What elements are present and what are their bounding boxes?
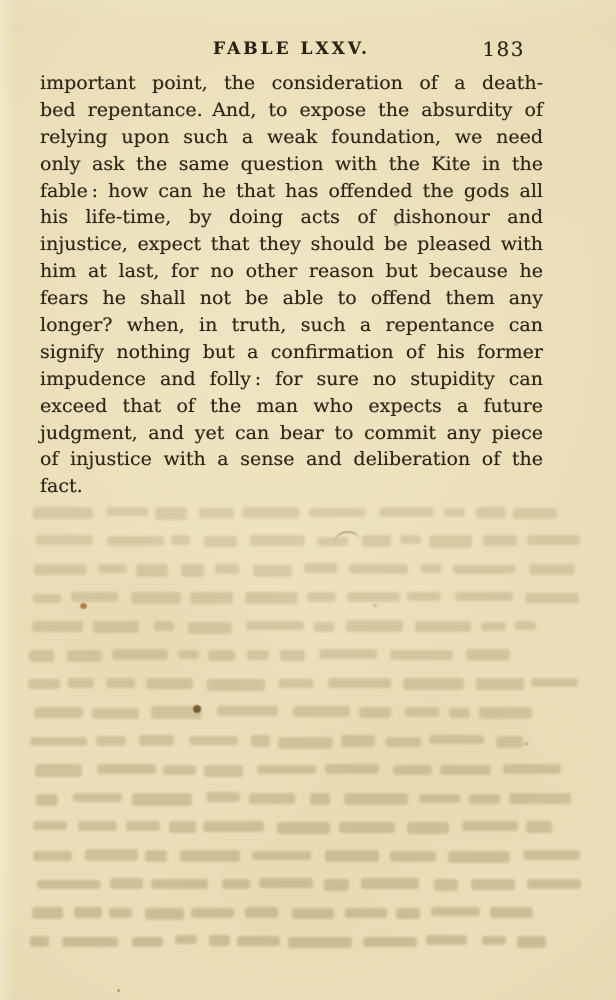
bleedthrough-word <box>529 564 575 575</box>
bleedthrough-word <box>36 794 58 806</box>
bleedthrough-word <box>151 879 208 890</box>
bleedthrough-line <box>32 906 547 919</box>
bleedthrough-line <box>33 821 566 834</box>
foxing-spot <box>80 603 87 609</box>
bleedthrough-word <box>513 508 557 519</box>
bleedthrough-word <box>314 622 334 633</box>
bleedthrough-word <box>328 678 391 688</box>
bleedthrough-word <box>304 563 338 572</box>
body-text-line: longer? when, in truth, such a repentanc… <box>40 312 543 339</box>
bleedthrough-word <box>325 850 379 862</box>
body-text-line: of injustice with a sense and deliberati… <box>40 446 543 473</box>
bleedthrough-word <box>35 764 82 776</box>
bleedthrough-word <box>252 851 312 860</box>
bleedthrough-word <box>37 880 101 889</box>
bleedthrough-word <box>346 620 403 631</box>
bleedthrough-word <box>92 708 139 719</box>
bleedthrough-word <box>482 936 506 945</box>
bleedthrough-word <box>36 535 93 546</box>
body-text-line: fable : how can he that has offended the… <box>40 178 543 205</box>
bleedthrough-word <box>515 621 537 631</box>
bleedthrough-word <box>136 564 167 577</box>
bleedthrough-word <box>171 535 190 545</box>
bleedthrough-word <box>106 507 148 517</box>
bleedthrough-line <box>33 506 569 519</box>
bleedthrough-word <box>93 621 139 633</box>
bleedthrough-word <box>62 937 118 947</box>
bleedthrough-word <box>440 765 491 775</box>
ink-smudge <box>334 530 361 543</box>
bleedthrough-word <box>242 507 299 519</box>
bleedthrough-word <box>278 737 334 749</box>
bleedthrough-word <box>68 678 94 688</box>
bleedthrough-word <box>131 592 182 604</box>
bleedthrough-word <box>107 536 164 546</box>
bleedthrough-word <box>525 593 579 603</box>
bleedthrough-line <box>30 735 532 748</box>
bleedthrough-word <box>339 822 395 834</box>
bleedthrough-word <box>180 850 241 862</box>
bleedthrough-word <box>363 937 418 948</box>
bleedthrough-word <box>190 592 233 604</box>
bleedthrough-word <box>222 879 250 890</box>
bleedthrough-word <box>503 764 561 773</box>
bleedthrough-word <box>490 907 533 918</box>
bleedthrough-word <box>98 564 127 573</box>
bleedthrough-word <box>237 936 281 946</box>
bleedthrough-word <box>292 908 334 919</box>
bleedthrough-word <box>33 851 72 861</box>
bleedthrough-word <box>347 592 400 602</box>
body-text-line: exceed that of the man who expects a fut… <box>40 393 543 420</box>
bleedthrough-word <box>28 679 60 689</box>
bleedthrough-word <box>531 678 578 687</box>
bleedthrough-word <box>517 936 546 948</box>
bleedthrough-word <box>476 678 523 690</box>
bleedthrough-word <box>199 508 234 518</box>
bleedthrough-word <box>257 765 316 774</box>
bleedthrough-word <box>30 737 87 747</box>
bleedthrough-word <box>527 535 580 546</box>
bleedthrough-line <box>33 592 589 605</box>
bleedthrough-word <box>189 736 238 746</box>
bleedthrough-word <box>112 649 168 660</box>
bleedthrough-word <box>310 793 330 805</box>
body-text-line: relying upon such a weak foundation, we … <box>40 124 543 151</box>
bleedthrough-line <box>33 849 592 862</box>
bleedthrough-line <box>34 563 587 576</box>
bleedthrough-word <box>278 679 314 688</box>
bleedthrough-word <box>277 822 330 834</box>
bleedthrough-word <box>145 850 167 862</box>
bleedthrough-word <box>30 936 49 947</box>
bleedthrough-word <box>344 793 408 805</box>
bleedthrough-word <box>245 592 298 604</box>
bleedthrough-word <box>67 650 103 661</box>
foxing-spot <box>117 989 120 992</box>
bleedthrough-word <box>29 650 54 662</box>
running-header: FABLE LXXV. 183 <box>40 37 543 64</box>
bleedthrough-word <box>419 794 460 804</box>
bleedthrough-word <box>217 706 278 716</box>
bleedthrough-word <box>483 535 517 546</box>
bleedthrough-word <box>496 736 523 748</box>
bleedthrough-word <box>362 535 391 547</box>
bleedthrough-word <box>191 908 235 918</box>
bleedthrough-word <box>396 908 421 919</box>
body-text-line: impudence and folly : for sure no stupid… <box>40 366 543 393</box>
bleedthrough-word <box>429 535 472 548</box>
bleedthrough-word <box>462 821 518 831</box>
bleedthrough-word <box>203 821 264 832</box>
bleedthrough-word <box>139 735 174 746</box>
bleedthrough-word <box>361 878 420 889</box>
bleedthrough-line <box>37 878 593 891</box>
bleedthrough-word <box>527 879 582 889</box>
bleedthrough-word <box>324 879 349 891</box>
bleedthrough-word <box>245 907 278 918</box>
bleedthrough-word <box>96 736 126 746</box>
bleedthrough-word <box>407 592 441 601</box>
bleedthrough-word <box>431 907 480 916</box>
bleedthrough-word <box>390 851 436 863</box>
bleedthrough-word <box>132 793 192 805</box>
bleedthrough-word <box>209 935 230 946</box>
bleedthrough-word <box>449 708 470 718</box>
bleedthrough-word <box>204 536 237 547</box>
bleedthrough-word <box>250 535 305 546</box>
bleedthrough-word <box>509 793 571 804</box>
foxing-spot <box>524 742 529 746</box>
body-text-line: judgment, and yet can bear to commit any… <box>40 420 543 447</box>
bleedthrough-word <box>448 851 510 863</box>
bleedthrough-word <box>169 821 196 833</box>
foxing-spot <box>193 705 201 713</box>
bleedthrough-word <box>444 508 465 518</box>
bleedthrough-word <box>319 649 377 658</box>
bleedthrough-word <box>523 850 580 860</box>
running-header-title: FABLE LXXV. <box>40 39 543 59</box>
body-text: important point, the consideration of a … <box>40 70 543 500</box>
bleedthrough-word <box>33 507 93 518</box>
bleedthrough-word <box>74 907 102 918</box>
bleedthrough-line <box>30 935 556 948</box>
bleedthrough-word <box>253 565 292 577</box>
bleedthrough-word <box>206 792 240 802</box>
bleedthrough-word <box>293 706 350 716</box>
bleedthrough-line <box>36 535 594 548</box>
bleedthrough-line <box>36 792 583 805</box>
bleedthrough-word <box>307 592 336 602</box>
bleedthrough-line <box>35 763 571 776</box>
bleedthrough-word <box>349 564 409 574</box>
bleedthrough-word <box>154 621 175 630</box>
bleedthrough-word <box>481 622 507 631</box>
bleedthrough-word <box>246 621 304 630</box>
bleedthrough-word <box>421 564 442 573</box>
bleedthrough-word <box>455 592 513 601</box>
body-text-line: injustice, expect that they should be pl… <box>40 231 543 258</box>
bleedthrough-word <box>73 793 122 802</box>
bleedthrough-word <box>325 764 379 774</box>
body-text-line: his life-time, by doing acts of dishonou… <box>40 204 543 231</box>
bleedthrough-word <box>359 707 391 718</box>
bleedthrough-word <box>434 879 459 890</box>
body-text-line: fears he shall not be able to offend the… <box>40 285 543 312</box>
bleedthrough-word <box>78 821 117 832</box>
bleedthrough-word <box>390 650 453 661</box>
bleedthrough-word <box>415 621 471 632</box>
bleedthrough-word <box>178 650 198 659</box>
bleedthrough-line <box>32 620 549 633</box>
bleedthrough-word <box>466 649 511 661</box>
bleedthrough-word <box>97 764 156 774</box>
foxing-spot <box>394 222 398 226</box>
book-page: FABLE LXXV. 183 important point, the con… <box>0 0 616 1000</box>
bleedthrough-word <box>33 821 67 831</box>
bleedthrough-word <box>215 564 239 573</box>
bleedthrough-word <box>145 908 184 920</box>
bleedthrough-word <box>71 592 118 602</box>
bleedthrough-word <box>288 937 352 949</box>
bleedthrough-word <box>33 594 61 603</box>
bleedthrough-word <box>181 564 204 576</box>
bleedthrough-word <box>426 935 467 944</box>
bleedthrough-word <box>249 793 295 805</box>
bleedthrough-word <box>188 622 232 634</box>
bleedthrough-word <box>476 507 507 518</box>
page-number: 183 <box>482 37 525 61</box>
bleedthrough-line <box>34 706 541 719</box>
bleedthrough-word <box>34 564 87 575</box>
body-text-line: signify nothing but a confirmation of hi… <box>40 339 543 366</box>
bleedthrough-word <box>405 707 439 717</box>
bleedthrough-word <box>403 678 464 690</box>
bleedthrough-word <box>126 821 160 831</box>
body-text-line: him at last, for no other reason but bec… <box>40 258 543 285</box>
bleedthrough-word <box>110 878 143 889</box>
bleedthrough-word <box>309 508 366 517</box>
bleedthrough-word <box>106 678 135 689</box>
bleedthrough-word <box>132 937 163 947</box>
bleedthrough-word <box>207 679 265 691</box>
bleedthrough-word <box>379 507 434 516</box>
bleedthrough-word <box>407 822 449 834</box>
bleedthrough-word <box>280 650 306 661</box>
bleedthrough-word <box>469 794 500 805</box>
bleedthrough-word <box>453 565 515 574</box>
body-text-line: important point, the consideration of a … <box>40 70 543 97</box>
bleedthrough-word <box>526 821 551 833</box>
bleedthrough-word <box>479 707 532 719</box>
foxing-spot <box>373 604 377 607</box>
bleedthrough-word <box>32 907 63 919</box>
bleedthrough-word <box>471 879 515 890</box>
body-text-line: bed repentance. And, to expose the absur… <box>40 97 543 124</box>
bleedthrough-word <box>32 621 83 632</box>
bleedthrough-word <box>175 935 197 944</box>
bleedthrough-word <box>251 735 270 747</box>
body-text-line: only ask the same question with the Kite… <box>40 151 543 178</box>
bleedthrough-word <box>34 707 83 718</box>
bleedthrough-word <box>386 737 421 748</box>
body-text-line: fact. <box>40 473 543 500</box>
bleedthrough-word <box>146 678 194 690</box>
bleedthrough-word <box>85 849 138 861</box>
bleedthrough-word <box>429 735 484 744</box>
bleedthrough-line <box>28 678 592 691</box>
bleedthrough-word <box>341 735 375 746</box>
bleedthrough-word <box>208 650 234 662</box>
bleedthrough-word <box>345 908 387 918</box>
bleedthrough-word <box>400 535 421 544</box>
bleedthrough-word <box>259 878 313 888</box>
bleedthrough-word <box>247 650 269 660</box>
bleedthrough-word <box>109 908 132 918</box>
bleedthrough-line <box>29 649 525 662</box>
bleedthrough-word <box>204 765 244 777</box>
bleedthrough-word <box>155 507 186 520</box>
bleedthrough-word <box>163 765 196 775</box>
bleedthrough-word <box>393 765 432 776</box>
